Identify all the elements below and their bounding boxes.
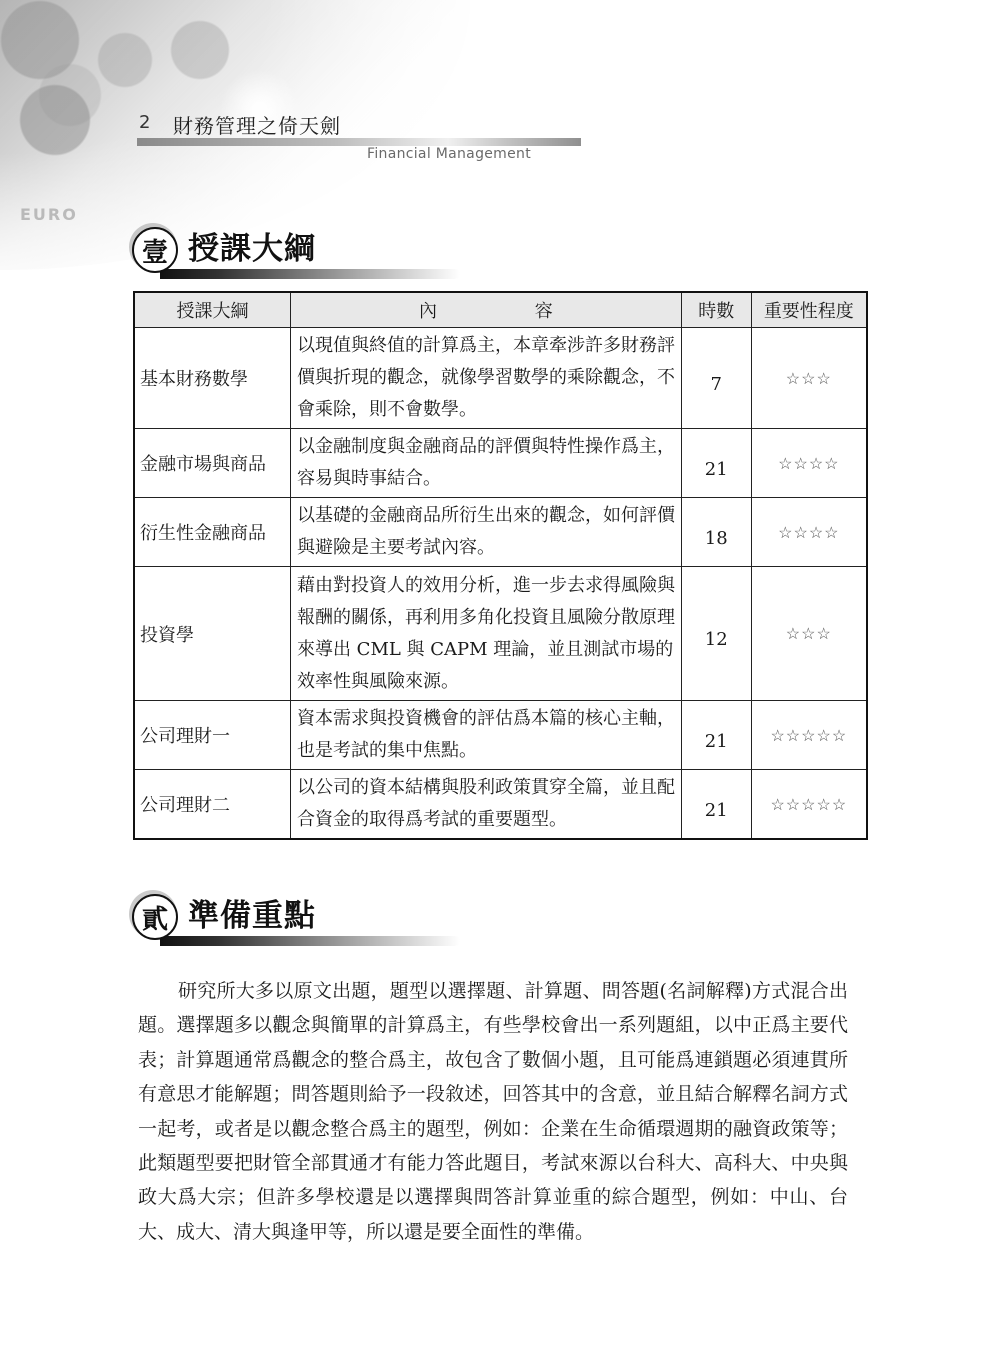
header-topic: 授課大綱 (134, 292, 290, 328)
book-subtitle: Financial Management (367, 146, 531, 162)
importance-stars: ☆☆☆ (751, 567, 867, 701)
hours-cell: 7 (681, 328, 751, 429)
section-heading-preparation: 貳 準備重點 (132, 892, 472, 948)
table-row: 公司理財二 以公司的資本結構與股利政策貫穿全篇，並且配合資金的取得爲考試的重要題… (134, 770, 867, 840)
syllabus-table: 授課大綱 內 容 時數 重要性程度 基本財務數學 以現值與終值的計算爲主，本章牽… (133, 291, 868, 840)
section-number-badge: 壹 (132, 227, 178, 273)
topic-cell: 衍生性金融商品 (134, 498, 290, 567)
book-title: 財務管理之倚天劍 (173, 110, 341, 139)
importance-stars: ☆☆☆ (751, 328, 867, 429)
hours-cell: 18 (681, 498, 751, 567)
section-title: 授課大綱 (188, 223, 316, 268)
heading-underline (160, 269, 460, 279)
page-number: 2 (139, 112, 150, 133)
hours-cell: 21 (681, 429, 751, 498)
header-content: 內 容 (290, 292, 681, 328)
table-row: 基本財務數學 以現值與終值的計算爲主，本章牽涉許多財務評價與折現的觀念，就像學習… (134, 328, 867, 429)
importance-stars: ☆☆☆☆☆ (751, 701, 867, 770)
header-hours: 時數 (681, 292, 751, 328)
hours-cell: 21 (681, 701, 751, 770)
section-heading-syllabus: 壹 授課大綱 (132, 225, 472, 281)
heading-underline (160, 936, 460, 946)
section-title: 準備重點 (188, 890, 316, 935)
header-rule (137, 138, 581, 146)
euro-watermark: EURO (20, 205, 78, 224)
header-importance: 重要性程度 (751, 292, 867, 328)
importance-stars: ☆☆☆☆ (751, 498, 867, 567)
topic-cell: 公司理財二 (134, 770, 290, 840)
hours-cell: 21 (681, 770, 751, 840)
content-cell: 資本需求與投資機會的評估爲本篇的核心主軸，也是考試的集中焦點。 (290, 701, 681, 770)
content-cell: 以現值與終值的計算爲主，本章牽涉許多財務評價與折現的觀念，就像學習數學的乘除觀念… (290, 328, 681, 429)
importance-stars: ☆☆☆☆☆ (751, 770, 867, 840)
table-row: 金融市場與商品 以金融制度與金融商品的評價與特性操作爲主，容易與時事結合。 21… (134, 429, 867, 498)
topic-cell: 基本財務數學 (134, 328, 290, 429)
topic-cell: 金融市場與商品 (134, 429, 290, 498)
content-cell: 藉由對投資人的效用分析，進一步去求得風險與報酬的關係，再利用多角化投資且風險分散… (290, 567, 681, 701)
content-cell: 以金融制度與金融商品的評價與特性操作爲主，容易與時事結合。 (290, 429, 681, 498)
importance-stars: ☆☆☆☆ (751, 429, 867, 498)
section-number-badge: 貳 (132, 894, 178, 940)
hours-cell: 12 (681, 567, 751, 701)
content-cell: 以基礎的金融商品所衍生出來的觀念，如何評價與避險是主要考試內容。 (290, 498, 681, 567)
table-row: 公司理財一 資本需求與投資機會的評估爲本篇的核心主軸，也是考試的集中焦點。 21… (134, 701, 867, 770)
preparation-paragraph: 研究所大多以原文出題，題型以選擇題、計算題、問答題(名詞解釋)方式混合出題。選擇… (138, 974, 848, 1249)
table-header-row: 授課大綱 內 容 時數 重要性程度 (134, 292, 867, 328)
content-cell: 以公司的資本結構與股利政策貫穿全篇，並且配合資金的取得爲考試的重要題型。 (290, 770, 681, 840)
topic-cell: 公司理財一 (134, 701, 290, 770)
table-row: 衍生性金融商品 以基礎的金融商品所衍生出來的觀念，如何評價與避險是主要考試內容。… (134, 498, 867, 567)
table-row: 投資學 藉由對投資人的效用分析，進一步去求得風險與報酬的關係，再利用多角化投資且… (134, 567, 867, 701)
topic-cell: 投資學 (134, 567, 290, 701)
